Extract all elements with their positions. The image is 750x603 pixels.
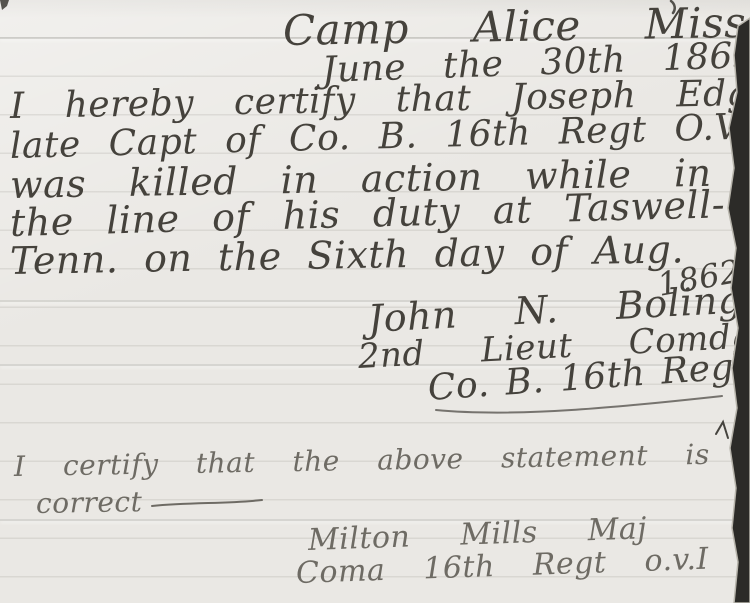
document-page: Camp Alice Miss June the 30th 1863 I her… <box>0 0 750 603</box>
scan-artifact-top-left <box>0 0 9 10</box>
line-certification: I certify that the above statement is <box>14 438 710 483</box>
flourish-after-correct <box>152 500 262 506</box>
line-correct: correct <box>36 485 143 520</box>
ink-mark-right-edge <box>716 422 728 438</box>
